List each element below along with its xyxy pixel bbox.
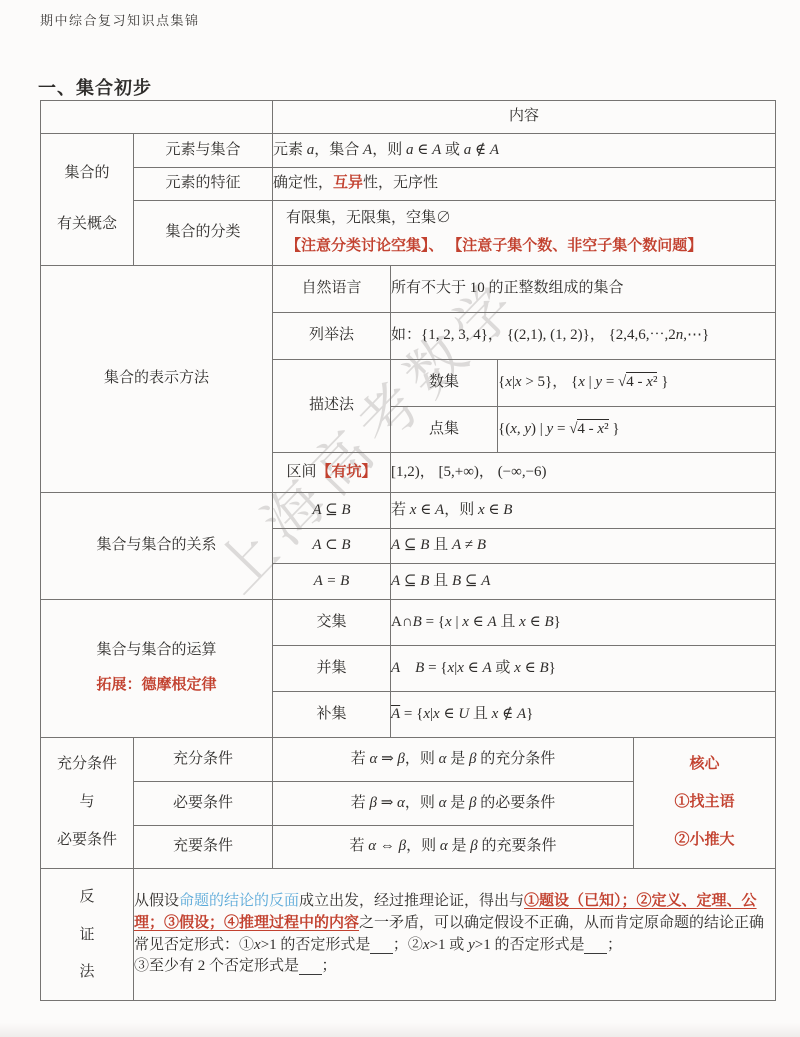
text-run: 【有坑】 — [317, 464, 377, 480]
text-run: A — [391, 706, 400, 722]
text-run: x — [646, 374, 653, 390]
element-set-content-cell: 元素 a，集合 A，则 a ∈ A 或 a ∉ A — [273, 134, 776, 168]
classification-content: 有限集，无限集，空集∅ 【注意分类讨论空集】、 【注意子集个数、非空子集个数问题… — [273, 202, 775, 265]
text-run: A — [490, 142, 499, 158]
text-run: x — [478, 502, 485, 518]
knowledge-table: 内容 集合的 有关概念 元素与集合 元素 a，集合 A，则 a ∈ A 或 a … — [40, 100, 776, 1001]
text-run: = { — [422, 614, 445, 630]
text-run: 若 — [351, 751, 370, 767]
text-run: 是 — [447, 795, 470, 811]
text-run: ③至少有 2 个否定形式是 — [134, 958, 299, 974]
text-run: ， — [590, 327, 609, 343]
iff-label-cell: 充要条件 — [134, 826, 273, 869]
text-run: ，则 — [444, 502, 478, 518]
text-run: [5,+∞) — [439, 464, 479, 480]
description-label-cell: 描述法 — [273, 360, 391, 453]
text-run: } — [526, 706, 533, 722]
text-run: ∈ — [526, 614, 545, 630]
operations-note: 拓展：德摩根定律 — [41, 675, 272, 697]
table-row: 充分条件 与 必要条件 充分条件 若 α ⇒ β，则 α 是 β 的充分条件 核… — [41, 738, 776, 782]
text-run: β — [469, 751, 476, 767]
text-run: ⇒ — [377, 751, 397, 767]
table-row: 集合的表示方法 自然语言 所有不大于 10 的正整数组成的集合 — [41, 266, 776, 313]
text-run: ，则 — [405, 751, 439, 767]
interval-content-cell: [1,2)， [5,+∞)， (−∞,−6) — [391, 453, 776, 493]
conditions-label-line2: 与 — [79, 792, 94, 814]
text-run: B — [477, 537, 486, 553]
text-run: x — [462, 614, 469, 630]
text-run: ∈ — [469, 614, 488, 630]
text-run: ∈ — [521, 660, 540, 676]
text-run: x — [433, 706, 440, 722]
text-run: B — [452, 573, 461, 589]
concepts-label-cell: 集合的 有关概念 — [41, 134, 134, 266]
contradiction-content-cell: 从假设命题的结论的反面成立出发，经过推理论证，得出与①题设（已知）；②定义、定理… — [134, 869, 776, 1001]
text-run: ⇒ — [377, 795, 397, 811]
text-run: ∉ — [498, 706, 517, 722]
union-content-cell: A B = {x|x ∈ A 或 x ∈ B} — [391, 646, 776, 692]
concepts-label-line2: 有关概念 — [57, 214, 117, 236]
text-run: B — [341, 537, 350, 553]
representation-label-cell: 集合的表示方法 — [41, 266, 273, 493]
core-note-line1: 核心 — [690, 754, 720, 776]
text-run: = — [602, 374, 618, 390]
enumeration-label-cell: 列举法 — [273, 313, 391, 360]
text-run: 是 — [447, 751, 470, 767]
contradiction-paragraph-1: 从假设命题的结论的反面成立出发，经过推理论证，得出与①题设（已知）；②定义、定理… — [134, 891, 775, 935]
text-run: 的必要条件 — [477, 795, 556, 811]
text-run: } — [549, 660, 556, 676]
text-run: 的充分条件 — [477, 751, 556, 767]
contradiction-label-cell: 反 证 法 — [41, 869, 134, 1001]
text-run: {1, 2, 3, 4} — [421, 327, 488, 343]
section-title: 一、集合初步 — [38, 74, 152, 100]
text-run: ,⋯} — [683, 327, 709, 343]
table-row: 元素的特征 确定性，互异性，无序性 — [41, 168, 776, 201]
text-run: 若 — [349, 838, 368, 854]
classification-line1: 有限集，无限集，空集∅ — [286, 208, 451, 230]
text-run: x — [510, 421, 517, 437]
header-content-cell: 内容 — [273, 101, 776, 134]
complement-label-cell: 补集 — [273, 692, 391, 738]
necessary-label-cell: 必要条件 — [134, 782, 273, 826]
text-run: 4 - x² — [626, 372, 657, 390]
feature-content-cell: 确定性，互异性，无序性 — [273, 168, 776, 201]
core-note-line3: ②小推大 — [675, 830, 735, 852]
text-run: B — [413, 614, 422, 630]
text-run: β — [469, 795, 476, 811]
text-run: >1 或 — [430, 937, 468, 953]
text-run: {(2,1), (1, 2)} — [507, 327, 590, 343]
text-run: ∅ — [436, 210, 451, 226]
contradiction-label-char2: 证 — [79, 925, 94, 945]
text-run: B — [341, 502, 350, 518]
enumeration-content-cell: 如：{1, 2, 3, 4}， {(2,1), (1, 2)}， {2,4,6,… — [391, 313, 776, 360]
text-run: A — [363, 142, 372, 158]
iff-content-cell: 若 α ⇔ β，则 α 是 β 的充要条件 — [273, 826, 634, 869]
text-run: β — [397, 751, 404, 767]
text-run: B — [503, 502, 512, 518]
contradiction-paragraph-3: ③至少有 2 个否定形式是 ； — [134, 956, 775, 978]
concepts-label-line1: 集合的 — [64, 163, 109, 185]
text-run: x — [254, 937, 261, 953]
text-run: α — [368, 838, 376, 854]
number-set-content-cell: {x|x > 5}， {x | y = √4 - x² } — [498, 360, 776, 407]
text-run: = — [553, 421, 569, 437]
text-run: > 5} — [522, 374, 553, 390]
text-run: 从假设 — [134, 893, 179, 909]
text-run: 或 — [441, 142, 464, 158]
text-run: A — [391, 537, 400, 553]
text-run: A — [314, 573, 323, 589]
text-run: (−∞,−6) — [498, 464, 547, 480]
text-run: 或 — [492, 660, 515, 676]
text-run: A — [487, 614, 496, 630]
text-run — [400, 660, 415, 676]
text-run: | — [452, 614, 463, 630]
table-row: 集合的 有关概念 元素与集合 元素 a，集合 A，则 a ∈ A 或 a ∉ A — [41, 134, 776, 168]
table-row: 反 证 法 从假设命题的结论的反面成立出发，经过推理论证，得出与①题设（已知）；… — [41, 869, 776, 1001]
text-run: A — [391, 573, 400, 589]
text-run: 互异 — [333, 175, 363, 191]
text-run: ∈ — [413, 142, 432, 158]
union-label-cell: 并集 — [273, 646, 391, 692]
text-run: ) | — [531, 421, 547, 437]
set-equal-content-cell: A ⊆ B 且 B ⊆ A — [391, 564, 776, 600]
necessary-content-cell: 若 β ⇒ α，则 α 是 β 的必要条件 — [273, 782, 634, 826]
element-set-label-cell: 元素与集合 — [134, 134, 273, 168]
text-run: 且 — [429, 537, 452, 553]
text-run: ∈ — [440, 706, 459, 722]
text-run: | — [585, 374, 596, 390]
natural-language-content-cell: 所有不大于 10 的正整数组成的集合 — [391, 266, 776, 313]
text-run: α — [439, 795, 447, 811]
classification-content-cell: 有限集，无限集，空集∅ 【注意分类讨论空集】、 【注意子集个数、非空子集个数问题… — [273, 201, 776, 266]
text-run: } — [609, 421, 620, 437]
text-run: [1,2) — [391, 464, 420, 480]
text-run — [584, 937, 607, 954]
text-run: ，集合 — [314, 142, 363, 158]
operations-label: 集合与集合的运算 — [41, 640, 272, 662]
text-run: β — [369, 795, 376, 811]
conditions-label-cell: 充分条件 与 必要条件 — [41, 738, 134, 869]
text-run: U — [458, 706, 469, 722]
text-run: β — [399, 838, 406, 854]
proper-subset-content-cell: A ⊆ B 且 A ≠ B — [391, 529, 776, 564]
text-run: A — [312, 537, 321, 553]
table-row: 集合与集合的关系 A ⊆ B 若 x ∈ A，则 x ∈ B — [41, 493, 776, 529]
table-row: 集合与集合的运算 拓展：德摩根定律 交集 A∩B = {x | x ∈ A 且 … — [41, 600, 776, 646]
classification-label-cell: 集合的分类 — [134, 201, 273, 266]
text-run: 若 — [351, 795, 370, 811]
text-run: ， — [552, 374, 571, 390]
text-run: A — [391, 706, 400, 722]
text-run: ； — [322, 958, 337, 974]
text-run: α — [440, 838, 448, 854]
text-run: 若 — [391, 502, 410, 518]
text-run: ∈ — [464, 660, 483, 676]
text-run: ∈ — [416, 502, 435, 518]
text-run: A — [481, 573, 490, 589]
text-run: 成立出发，经过推理论证，得出与 — [299, 893, 524, 909]
conditions-label: 充分条件 与 必要条件 — [41, 739, 133, 868]
text-run: 4 - x² — [577, 419, 608, 437]
sufficient-content-cell: 若 α ⇒ β，则 α 是 β 的充分条件 — [273, 738, 634, 782]
text-run: β — [470, 838, 477, 854]
text-run: ⊆ — [461, 573, 481, 589]
text-run: B — [544, 614, 553, 630]
text-run: 的充要条件 — [478, 838, 557, 854]
text-run: = — [323, 573, 341, 589]
text-run: 所有不大于 10 的正整数组成的集合 — [391, 280, 624, 296]
contradiction-paragraph-2: 常见否定形式：①x>1 的否定形式是 ；②x>1 或 y>1 的否定形式是 ； — [134, 935, 775, 957]
text-run: A — [517, 706, 526, 722]
text-run: 命题的结论的反面 — [179, 893, 299, 909]
text-run: ，则 — [406, 838, 440, 854]
text-run: x — [445, 614, 452, 630]
text-run: 且 — [469, 706, 492, 722]
contradiction-label-char3: 法 — [79, 962, 94, 982]
text-run: ∈ — [485, 502, 504, 518]
text-run: >1 的否定形式是 — [261, 937, 371, 953]
point-set-label-cell: 点集 — [391, 407, 498, 453]
text-run: B — [340, 573, 349, 589]
point-set-content-cell: {(x, y) | y = √4 - x² } — [498, 407, 776, 453]
table-row: 内容 — [41, 101, 776, 134]
text-run: α — [397, 795, 405, 811]
contradiction-label-char1: 反 — [79, 887, 94, 907]
text-run: 常见否定形式：① — [134, 937, 254, 953]
text-run: ，则 — [372, 142, 406, 158]
document-header: 期中综合复习知识点集锦 — [40, 10, 200, 29]
relations-label-cell: 集合与集合的关系 — [41, 493, 273, 600]
text-run: } — [554, 614, 561, 630]
set-equal-label-cell: A = B — [273, 564, 391, 600]
operations-label-cell: 集合与集合的运算 拓展：德摩根定律 — [41, 600, 273, 738]
table-row: 集合的分类 有限集，无限集，空集∅ 【注意分类讨论空集】、 【注意子集个数、非空… — [41, 201, 776, 266]
text-run: x — [423, 937, 430, 953]
sufficient-label-cell: 充分条件 — [134, 738, 273, 782]
text-run: 之一矛盾，可以确定假设不正确，从而肯定原命题的结论正确 — [359, 915, 764, 931]
text-run: 4 - — [626, 374, 646, 390]
text-run: A — [482, 660, 491, 676]
header-empty-cell — [41, 101, 273, 134]
text-run: A∩ — [391, 614, 413, 630]
subset-eq-content-cell: 若 x ∈ A，则 x ∈ B — [391, 493, 776, 529]
text-run: 且 — [497, 614, 520, 630]
core-note-line2: ①找主语 — [675, 792, 735, 814]
text-run: A — [452, 537, 461, 553]
natural-language-label-cell: 自然语言 — [273, 266, 391, 313]
text-run: ，则 — [405, 795, 439, 811]
text-run: x — [514, 660, 521, 676]
number-set-label-cell: 数集 — [391, 360, 498, 407]
text-run: x — [578, 374, 585, 390]
conditions-label-line1: 充分条件 — [57, 754, 117, 776]
text-run: A — [312, 502, 321, 518]
text-run: x — [457, 660, 464, 676]
text-run: x — [423, 706, 430, 722]
feature-label-cell: 元素的特征 — [134, 168, 273, 201]
text-run: A — [391, 660, 400, 676]
conditions-label-line3: 必要条件 — [57, 830, 117, 852]
text-run: α — [439, 751, 447, 767]
text-run: >1 的否定形式是 — [475, 937, 585, 953]
text-run: ⊆ — [400, 537, 420, 553]
text-run: 元素 — [273, 142, 307, 158]
text-run: x — [519, 614, 526, 630]
proper-subset-label-cell: A ⊂ B — [273, 529, 391, 564]
core-note-cell: 核心 ①找主语 ②小推大 — [634, 738, 776, 869]
text-run: } — [657, 374, 668, 390]
text-run: A — [432, 142, 441, 158]
page-bottom-edge — [0, 1023, 800, 1037]
text-run: {( — [498, 421, 510, 437]
text-run: 且 — [429, 573, 452, 589]
text-run: 有限集，无限集，空集 — [286, 210, 436, 226]
text-run: ；② — [393, 937, 423, 953]
text-run: ∉ — [471, 142, 490, 158]
concepts-label: 集合的 有关概念 — [41, 135, 133, 265]
text-run — [370, 937, 393, 954]
text-run: ≠ — [461, 537, 477, 553]
text-run: y — [468, 937, 475, 953]
text-run: 区间 — [286, 464, 316, 480]
text-run — [299, 958, 322, 975]
text-run: ， — [479, 464, 498, 480]
text-run: ⊆ — [400, 573, 420, 589]
core-note: 核心 ①找主语 ②小推大 — [634, 739, 775, 868]
subset-eq-label-cell: A ⊆ B — [273, 493, 391, 529]
text-run: = { — [424, 660, 447, 676]
text-run: ， — [420, 464, 439, 480]
complement-content-cell: A = {x|x ∈ U 且 x ∉ A} — [391, 692, 776, 738]
text-run: 如： — [391, 327, 421, 343]
interval-label-cell: 区间【有坑】 — [273, 453, 391, 493]
text-run: B — [415, 660, 424, 676]
classification-note: 【注意分类讨论空集】、 【注意子集个数、非空子集个数问题】 — [286, 236, 702, 258]
contradiction-label: 反 证 法 — [41, 870, 133, 1000]
intersection-label-cell: 交集 — [273, 600, 391, 646]
text-run: 【注意分类讨论空集】、 【注意子集个数、非空子集个数问题】 — [286, 238, 702, 254]
text-run: x — [515, 374, 522, 390]
text-run: x — [505, 374, 512, 390]
text-run: = { — [400, 706, 423, 722]
text-run: 确定性， — [273, 175, 333, 191]
text-run: 是 — [448, 838, 471, 854]
text-run: ⊂ — [321, 537, 341, 553]
text-run: ， — [488, 327, 507, 343]
text-run: 4 - — [577, 421, 597, 437]
text-run: ； — [607, 937, 622, 953]
text-run: {2,4,6,⋯,2 — [609, 327, 676, 343]
text-run: B — [539, 660, 548, 676]
text-run: A — [435, 502, 444, 518]
text-run: ⊆ — [321, 502, 341, 518]
text-run: 性，无序性 — [363, 175, 438, 191]
intersection-content-cell: A∩B = {x | x ∈ A 且 x ∈ B} — [391, 600, 776, 646]
text-run: ⇔ — [376, 838, 399, 854]
